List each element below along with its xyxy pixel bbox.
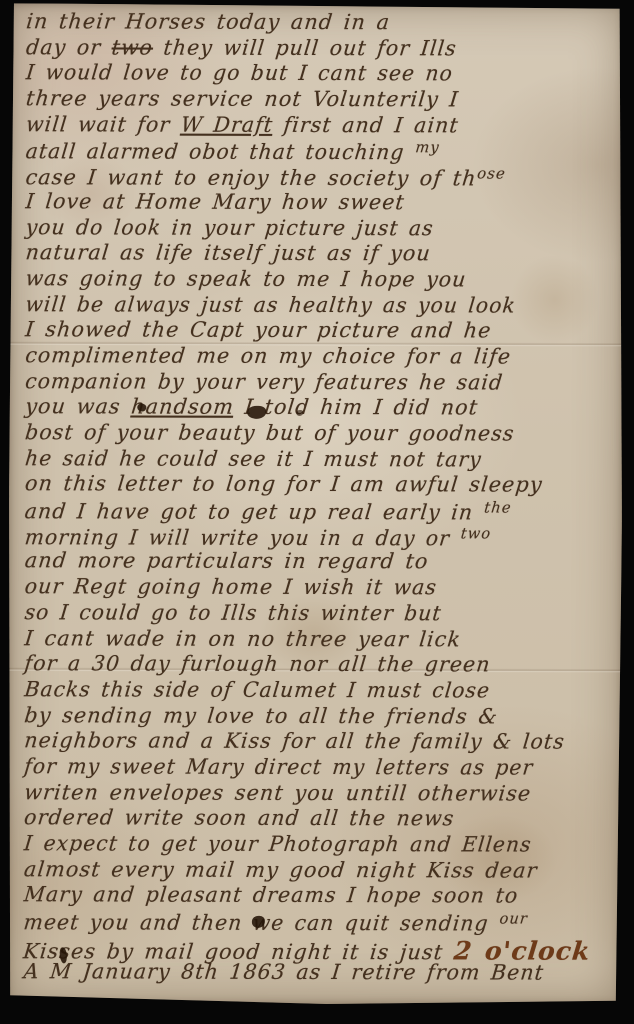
letter-line: Mary and pleasant dreams I hope soon to	[23, 883, 604, 910]
letter-text: and I have got to get up real early in	[24, 499, 485, 524]
letter-text: in their Horses today and in a	[25, 9, 391, 34]
letter-line: on this letter to long for I am awful sl…	[24, 472, 612, 499]
letter-text: companion by your very features he said	[24, 369, 504, 394]
letter-text: I love at Home Mary how sweet	[25, 189, 406, 214]
letter-text: atall alarmed obot that touching	[25, 140, 417, 165]
letter-text-sup: the	[483, 499, 512, 517]
letter-text: almost every mail my good night Kiss dea…	[23, 857, 539, 882]
letter-line: I expect to get your Photograph and Elle…	[23, 831, 599, 858]
letter-text: for my sweet Mary direct my letters as p…	[23, 754, 534, 779]
letter-line: morning I will write you in a day or two	[24, 523, 600, 550]
letter-line: meet you and then we can quit sending ou…	[23, 908, 599, 935]
letter-line: almost every mail my good night Kiss dea…	[23, 857, 611, 884]
letter-text-sup: our	[499, 910, 529, 928]
letter-line: I love at Home Mary how sweet	[24, 189, 605, 216]
letter-text-sup: two	[460, 524, 492, 542]
letter-text-sup: my	[415, 139, 441, 157]
letter-text: case I want to enjoy the society of th	[24, 165, 478, 190]
letter-line: was going to speak to me I hope you	[24, 266, 605, 293]
letter-line: will be always just as healthy as you lo…	[24, 292, 600, 319]
letter-text: on this letter to long for I am awful sl…	[24, 472, 544, 497]
letter-text: I expect to get your Photograph and Elle…	[23, 831, 533, 856]
letter-line: companion by your very features he said	[24, 369, 600, 396]
letter-text-sup: ose	[476, 165, 507, 183]
letter-text: I showed the Capt your picture and he	[24, 317, 493, 342]
letter-line: he said he could see it I must not tary	[24, 446, 600, 473]
letter-text: morning I will write you in a day or	[24, 525, 462, 550]
letter-text: for a 30 day furlough nor all the green	[23, 651, 492, 676]
letter-text: natural as life itself just as if you	[24, 240, 432, 265]
letter-line: by sending my love to all the friends &	[23, 703, 611, 730]
letter-line: for a 30 day furlough nor all the green	[23, 651, 604, 678]
letter-body: in their Horses today and in aday or two…	[24, 9, 620, 1001]
letter-text-u: handsom	[130, 395, 235, 419]
letter-line: natural as life itself just as if you	[24, 240, 612, 267]
letter-text-strike: two	[110, 35, 154, 59]
letter-line: and I have got to get up real early in t…	[24, 497, 605, 524]
letter-text: I told him I did not	[233, 395, 480, 420]
letter-text: by sending my love to all the friends &	[23, 703, 499, 728]
letter-line: I cant wade in on no three year lick	[23, 626, 611, 653]
letter-line: Kisses by mail good night it is just 2 o…	[22, 934, 610, 961]
letter-line: atall alarmed obot that touching my	[25, 138, 601, 165]
letter-text: was going to speak to me I hope you	[24, 266, 467, 291]
letter-text: A M January 8th 1863 as I retire from Be…	[23, 960, 546, 985]
letter-text: meet you and then we can quit sending	[23, 910, 501, 935]
letter-text: three years service not Volunterily I	[25, 86, 460, 111]
letter-line: ordered write soon and all the news	[23, 806, 604, 833]
letter-text: neighbors and a Kiss for all the family …	[23, 728, 566, 753]
letter-paper: in their Horses today and in aday or two…	[8, 3, 624, 1005]
letter-line: three years service not Volunterily I	[25, 86, 613, 113]
letter-line: I showed the Capt your picture and he	[24, 317, 612, 344]
letter-line: neighbors and a Kiss for all the family …	[23, 728, 604, 755]
letter-line: so I could go to Ills this winter but	[23, 600, 599, 627]
letter-scan: in their Horses today and in aday or two…	[0, 0, 634, 1024]
letter-line: for my sweet Mary direct my letters as p…	[23, 754, 599, 781]
letter-text: Mary and pleasant dreams I hope soon to	[23, 883, 520, 908]
letter-line: writen envelopes sent you untill otherwi…	[23, 780, 611, 807]
letter-text: writen envelopes sent you untill otherwi…	[23, 780, 533, 805]
letter-line: and more particulars in regard to	[23, 549, 611, 576]
letter-line: complimented me on my choice for a life	[24, 343, 605, 370]
letter-text: I would love to go but I cant see no	[25, 61, 454, 86]
letter-line: case I want to enjoy the society of thos…	[24, 163, 612, 190]
letter-text: ordered write soon and all the news	[23, 806, 456, 831]
letter-text: you was	[24, 395, 133, 419]
letter-text: so I could go to Ills this winter but	[24, 600, 443, 625]
letter-line: A M January 8th 1863 as I retire from Be…	[22, 960, 603, 987]
letter-text: Backs this side of Calumet I must close	[23, 677, 491, 702]
letter-line: bost of your beauty but of your goodness	[24, 420, 605, 447]
letter-text: first and I aint	[272, 113, 460, 137]
letter-text: will wait for	[25, 112, 182, 136]
letter-text: he said he could see it I must not tary	[24, 446, 483, 471]
letter-text: bost of your beauty but of your goodness	[24, 420, 516, 445]
letter-line: will wait for W Draft first and I aint	[25, 112, 606, 139]
letter-line: you was handsom I told him I did not	[24, 395, 612, 422]
letter-text-u: W Draft	[180, 112, 275, 136]
letter-text: will be always just as healthy as you lo…	[24, 292, 517, 317]
letter-line: I would love to go but I cant see no	[25, 61, 601, 88]
letter-line: day or two they will pull out for Ills	[25, 35, 606, 62]
letter-line: you do look in your picture just as	[24, 215, 600, 242]
letter-line: Backs this side of Calumet I must close	[23, 677, 599, 704]
letter-text: you do look in your picture just as	[25, 215, 435, 240]
letter-text: complimented me on my choice for a life	[24, 343, 512, 368]
letter-text: I cant wade in on no three year lick	[23, 626, 462, 651]
letter-line: our Regt going home I wish it was	[23, 574, 604, 601]
letter-text: they will pull out for Ills	[152, 35, 458, 60]
letter-text: our Regt going home I wish it was	[24, 574, 439, 599]
letter-text: and more particulars in regard to	[24, 549, 430, 574]
letter-text: day or	[25, 35, 113, 59]
letter-line: in their Horses today and in a	[25, 9, 613, 36]
